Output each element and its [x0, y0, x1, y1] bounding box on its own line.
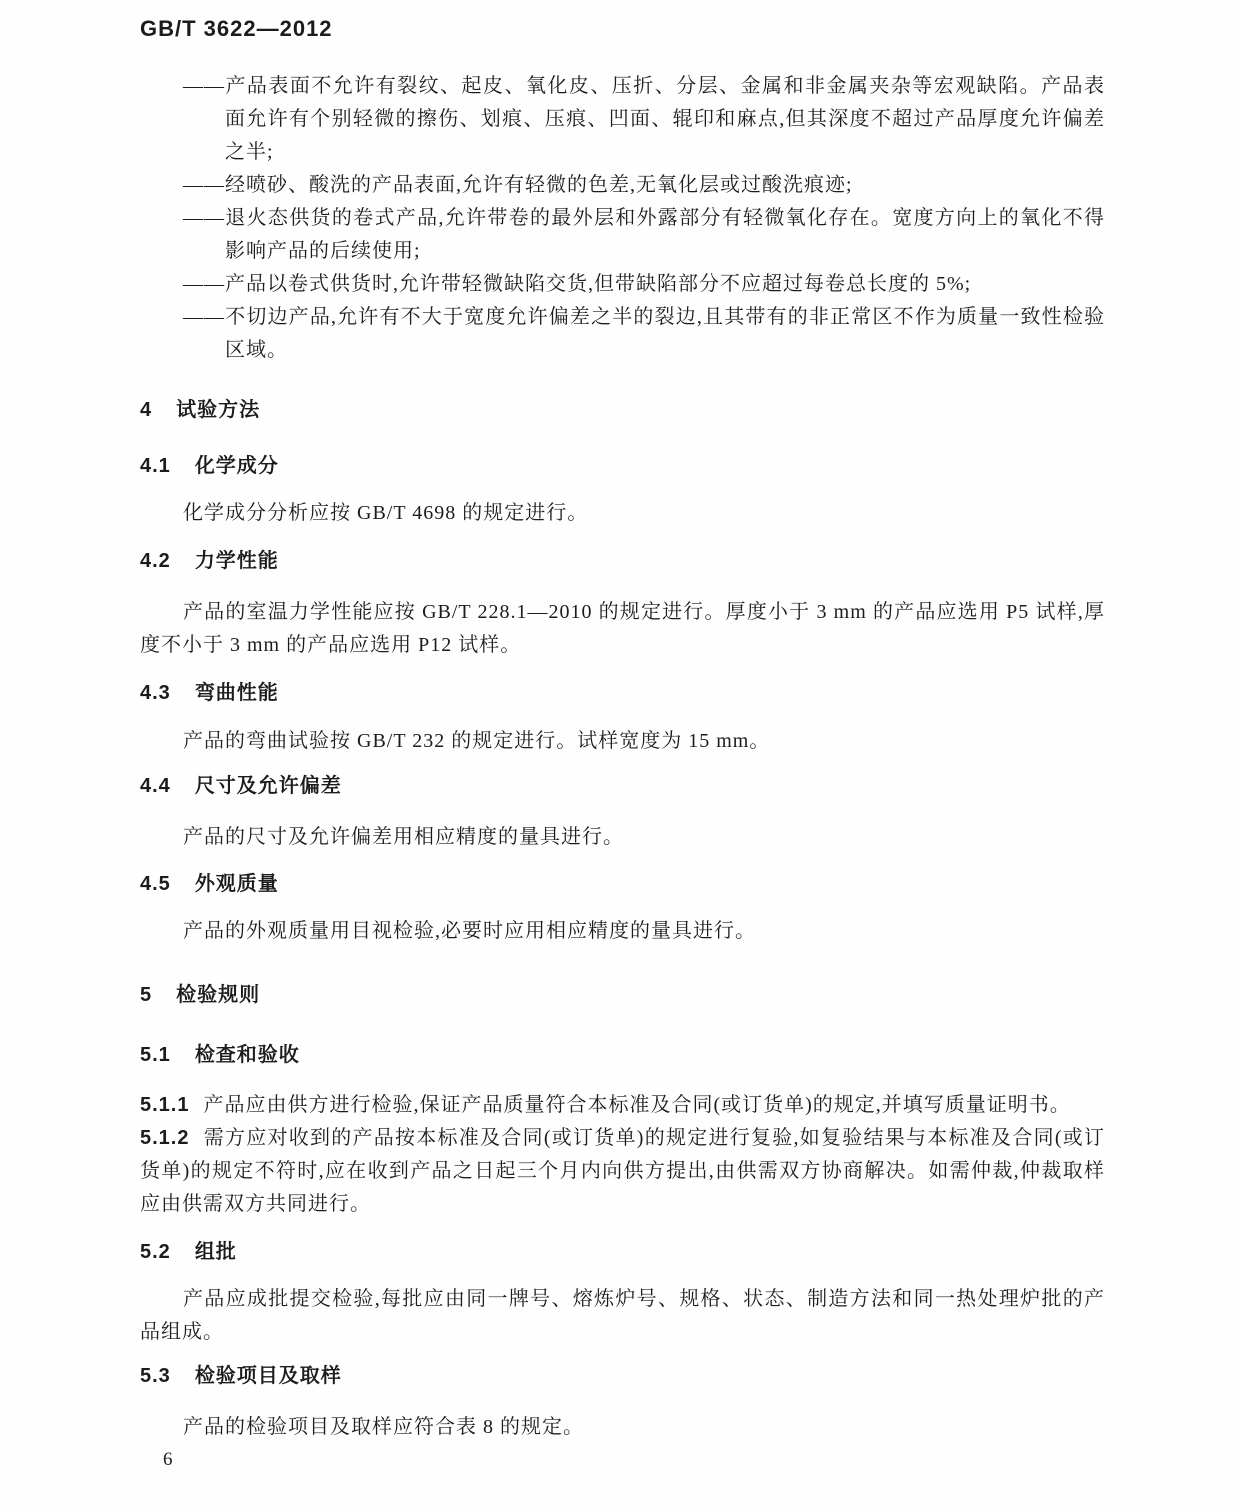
section-5-2-body: 产品应成批提交检验,每批应由同一牌号、熔炼炉号、规格、状态、制造方法和同一热处理… [140, 1283, 1105, 1349]
clause-5-1-1: 5.1.1产品应由供方进行检验,保证产品质量符合本标准及合同(或订货单)的规定,… [140, 1089, 1105, 1122]
bullet-item: ——退火态供货的卷式产品,允许带卷的最外层和外露部分有轻微氧化存在。宽度方向上的… [183, 202, 1105, 268]
clause-text: 产品应由供方进行检验,保证产品质量符合本标准及合同(或订货单)的规定,并填写质量… [203, 1094, 1070, 1116]
section-title: 化学成分 [195, 455, 279, 477]
section-title: 试验方法 [176, 399, 260, 421]
section-4-2-body: 产品的室温力学性能应按 GB/T 228.1—2010 的规定进行。厚度小于 3… [140, 596, 1105, 662]
section-number: 5.2 [140, 1237, 171, 1267]
section-5-3-heading: 5.3检验项目及取样 [140, 1361, 1105, 1391]
section-number: 5 [140, 980, 152, 1010]
section-title: 组批 [195, 1241, 237, 1263]
section-title: 检验项目及取样 [195, 1365, 342, 1387]
bullet-item: ——经喷砂、酸洗的产品表面,允许有轻微的色差,无氧化层或过酸洗痕迹; [183, 169, 1105, 202]
section-5-2-heading: 5.2组批 [140, 1237, 1105, 1267]
surface-quality-bullet-list: ——产品表面不允许有裂纹、起皮、氧化皮、压折、分层、金属和非金属夹杂等宏观缺陷。… [140, 70, 1105, 367]
section-number: 4.2 [140, 546, 171, 576]
section-4-1-body: 化学成分分析应按 GB/T 4698 的规定进行。 [140, 497, 1105, 530]
section-5-3-body: 产品的检验项目及取样应符合表 8 的规定。 [140, 1411, 1105, 1444]
bullet-item: ——产品以卷式供货时,允许带轻微缺陷交货,但带缺陷部分不应超过每卷总长度的 5%… [183, 268, 1105, 301]
section-4-2-heading: 4.2力学性能 [140, 546, 1105, 576]
document-page: GB/T 3622—2012 ——产品表面不允许有裂纹、起皮、氧化皮、压折、分层… [0, 0, 1240, 1511]
section-5-heading: 5检验规则 [140, 980, 1105, 1010]
section-number: 5.3 [140, 1361, 171, 1391]
section-4-5-body: 产品的外观质量用目视检验,必要时应用相应精度的量具进行。 [140, 915, 1105, 948]
section-number: 4.4 [140, 771, 171, 801]
standard-number-header: GB/T 3622—2012 [140, 16, 1105, 42]
clause-number: 5.1.2 [140, 1127, 189, 1149]
section-title: 检验规则 [176, 984, 260, 1006]
section-number: 4.3 [140, 678, 171, 708]
section-4-4-heading: 4.4尺寸及允许偏差 [140, 771, 1105, 801]
section-4-5-heading: 4.5外观质量 [140, 869, 1105, 899]
section-5-1-heading: 5.1检查和验收 [140, 1040, 1105, 1070]
section-4-1-heading: 4.1化学成分 [140, 451, 1105, 481]
page-number: 6 [163, 1447, 1105, 1473]
bullet-item: ——产品表面不允许有裂纹、起皮、氧化皮、压折、分层、金属和非金属夹杂等宏观缺陷。… [183, 70, 1105, 169]
section-4-3-heading: 4.3弯曲性能 [140, 678, 1105, 708]
bullet-item: ——不切边产品,允许有不大于宽度允许偏差之半的裂边,且其带有的非正常区不作为质量… [183, 301, 1105, 367]
section-title: 外观质量 [195, 873, 279, 895]
section-title: 力学性能 [195, 550, 279, 572]
section-title: 检查和验收 [195, 1044, 300, 1066]
section-title: 尺寸及允许偏差 [195, 775, 342, 797]
section-number: 4 [140, 395, 152, 425]
section-number: 4.1 [140, 451, 171, 481]
section-4-4-body: 产品的尺寸及允许偏差用相应精度的量具进行。 [140, 821, 1105, 854]
section-number: 5.1 [140, 1040, 171, 1070]
clause-5-1-2: 5.1.2需方应对收到的产品按本标准及合同(或订货单)的规定进行复验,如复验结果… [140, 1122, 1105, 1221]
section-number: 4.5 [140, 869, 171, 899]
section-4-3-body: 产品的弯曲试验按 GB/T 232 的规定进行。试样宽度为 15 mm。 [140, 725, 1105, 758]
clause-text: 需方应对收到的产品按本标准及合同(或订货单)的规定进行复验,如复验结果与本标准及… [140, 1127, 1105, 1215]
clause-number: 5.1.1 [140, 1094, 189, 1116]
section-title: 弯曲性能 [195, 682, 279, 704]
section-4-heading: 4试验方法 [140, 395, 1105, 425]
